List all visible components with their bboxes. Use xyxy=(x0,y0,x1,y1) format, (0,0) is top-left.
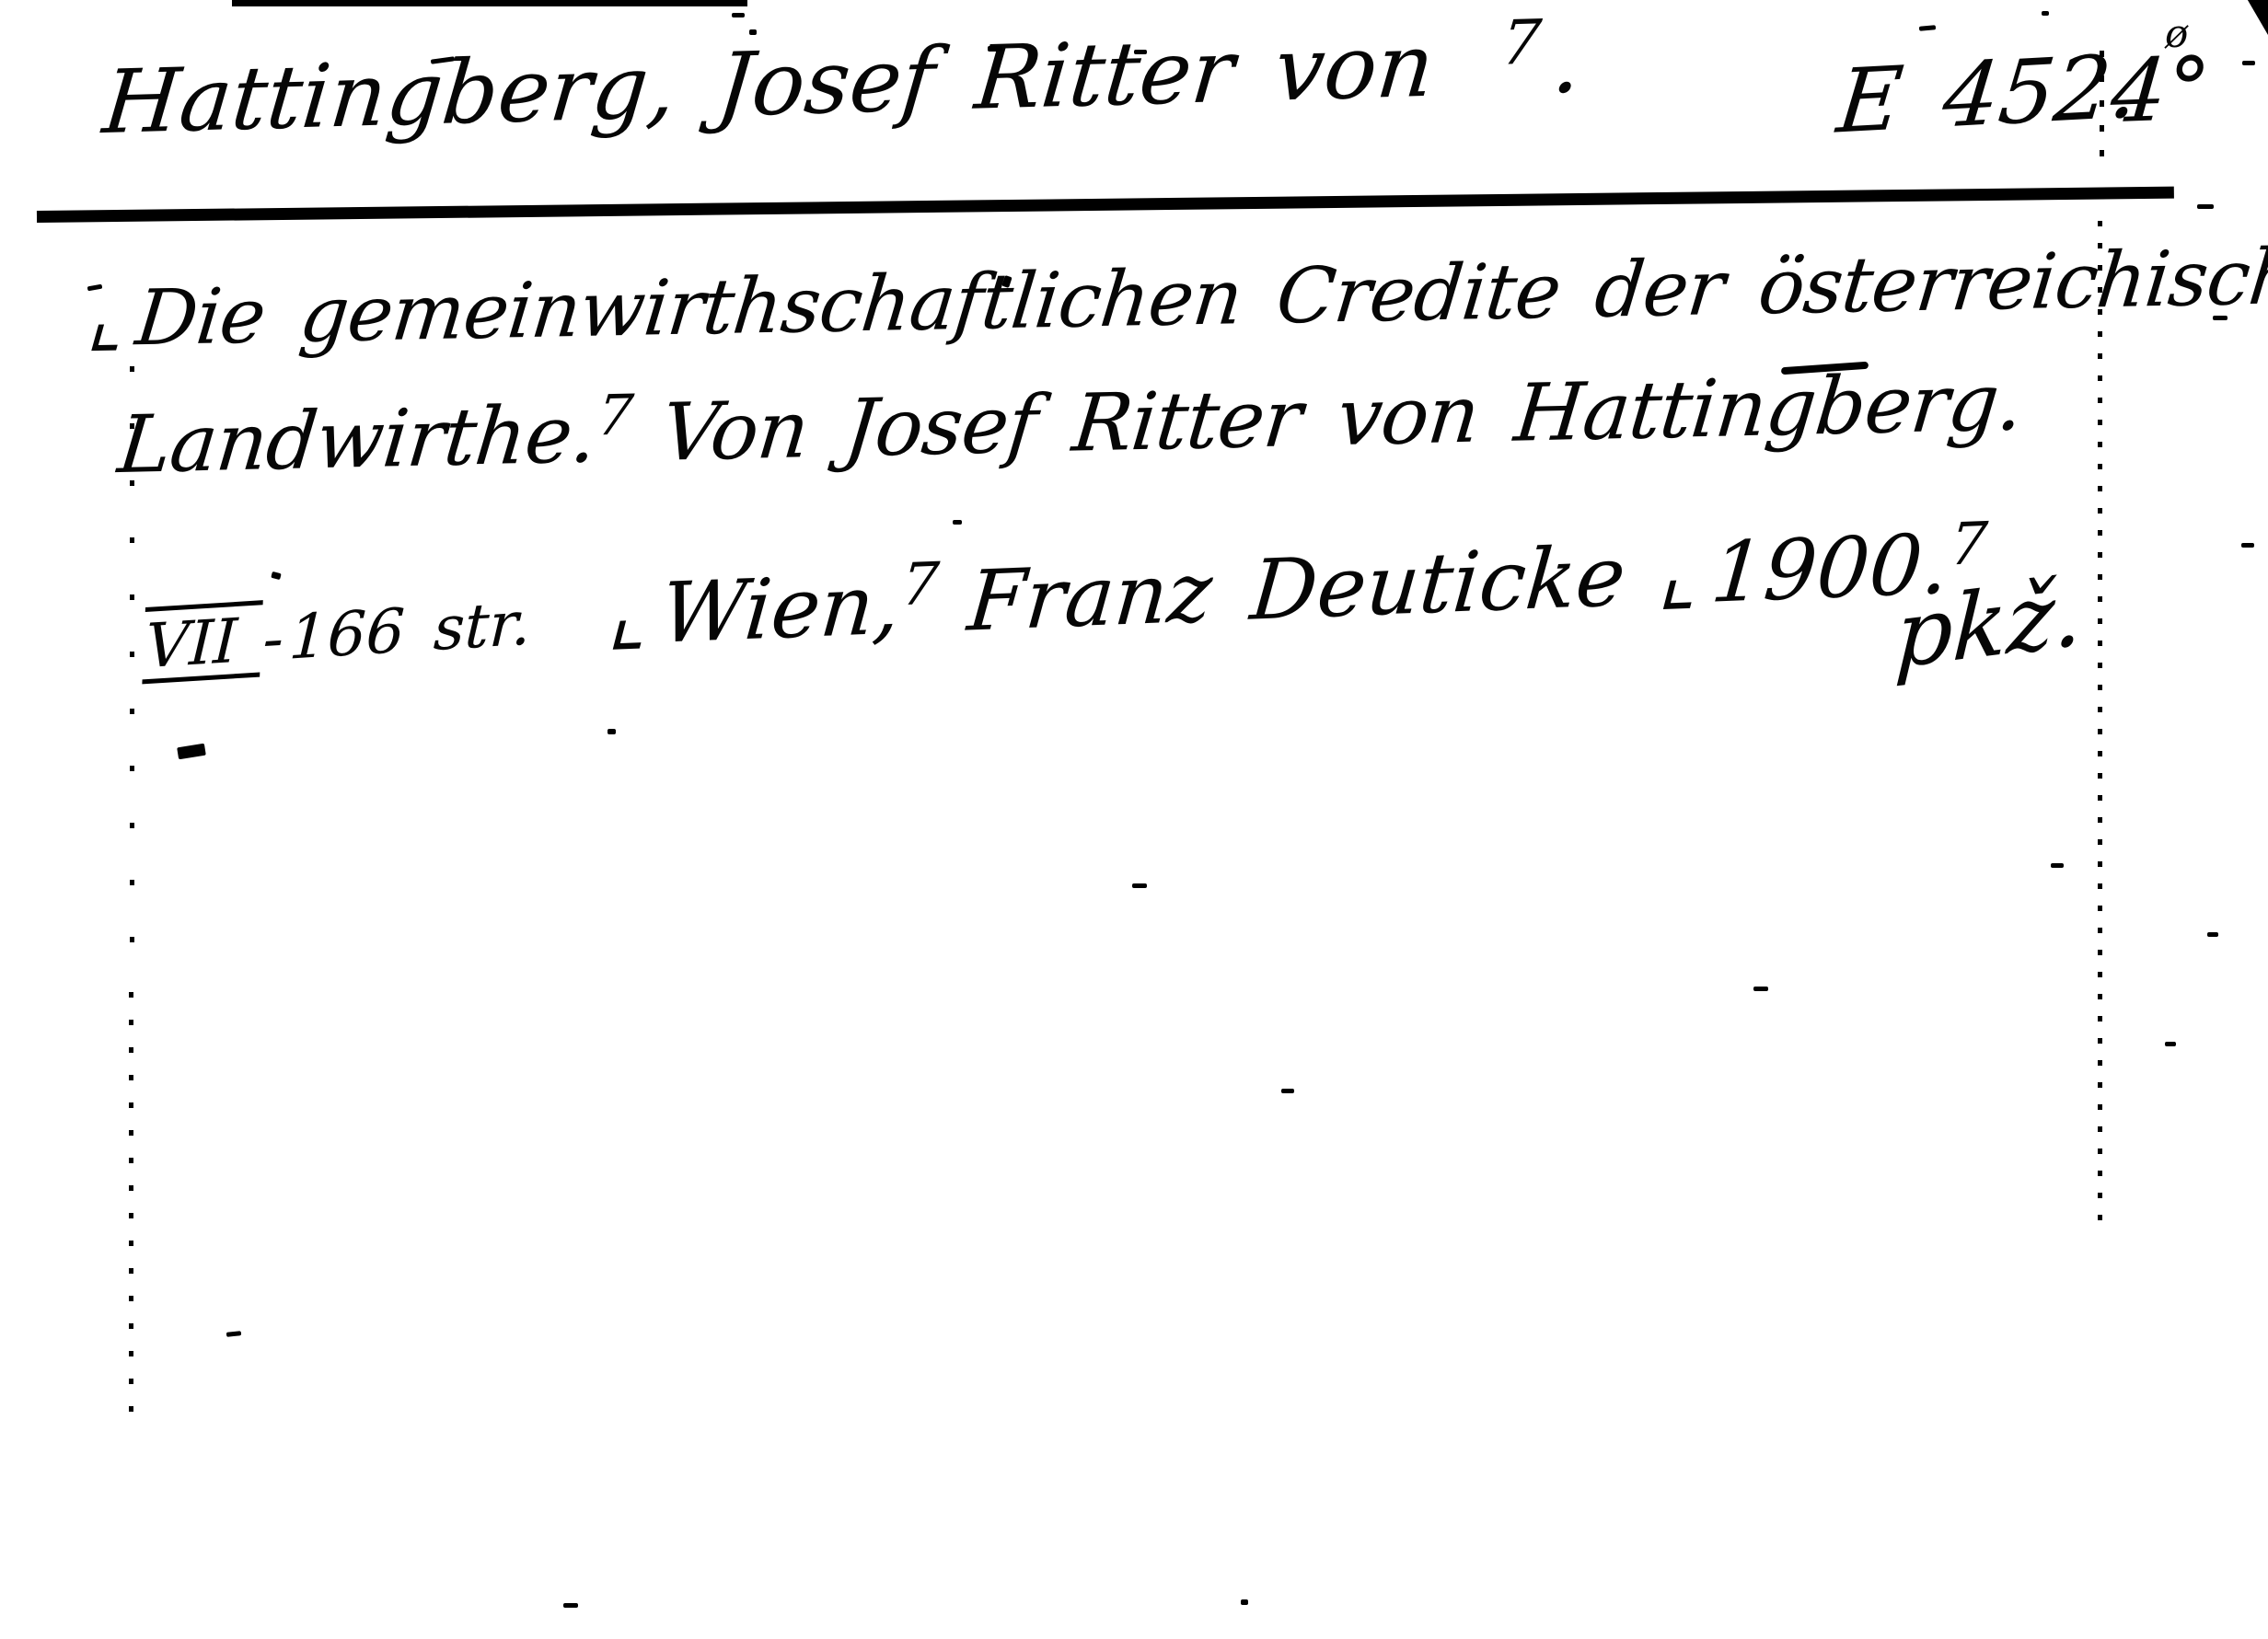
scan-speck xyxy=(1132,883,1147,888)
scan-speck xyxy=(226,1331,241,1337)
scan-speck xyxy=(749,29,757,35)
collation-line: VII-166 str. xyxy=(142,583,532,684)
collation-dash: - xyxy=(261,603,285,675)
left-dotted-rule xyxy=(130,366,134,992)
scan-speck xyxy=(177,744,206,760)
scan-artifact-top-line xyxy=(232,0,747,6)
volume-roman-numeral: VII xyxy=(142,600,262,684)
scan-speck xyxy=(1919,25,1936,31)
title-line-1: ⌞Die gemeinwirthschaftlichen Credite der… xyxy=(89,236,2268,358)
half-bracket-close-mark: 7 xyxy=(899,550,942,619)
catalog-card-scan: Hattingberg, Josef Ritter von7. E 452. ø… xyxy=(0,0,2268,1639)
title-continuation: Landwirthe. xyxy=(114,388,600,491)
scan-speck xyxy=(271,571,281,580)
scan-speck xyxy=(1241,1599,1248,1605)
scan-speck xyxy=(2165,1042,2176,1046)
scan-speck xyxy=(563,1603,578,1608)
half-bracket-close-mark: 7 xyxy=(1498,6,1545,78)
title-text: Die gemeinwirthschaftlichen Credite der … xyxy=(132,230,2268,363)
scan-speck xyxy=(2197,204,2214,209)
scan-speck xyxy=(607,729,616,734)
title-line-2: Landwirthe.7Von Josef Ritter von Hatting… xyxy=(115,356,2027,485)
imprint-place: Wien, xyxy=(657,556,904,662)
heading-period: . xyxy=(1548,11,1586,113)
holding-code: pkž. xyxy=(1893,568,2086,682)
header-rule xyxy=(37,187,2174,223)
scan-artifact-corner xyxy=(2244,0,2268,35)
scan-speck xyxy=(2042,11,2049,16)
scan-speck xyxy=(2242,61,2255,65)
scan-speck xyxy=(1281,1089,1294,1093)
heading-row: Hattingberg, Josef Ritter von7. xyxy=(99,10,1586,147)
half-bracket-open-mark: ⌞ xyxy=(83,279,140,358)
half-bracket-close-mark: 7 xyxy=(1948,510,1990,579)
scan-speck xyxy=(953,520,962,525)
pages-statement: 166 str. xyxy=(287,587,532,673)
half-bracket-open-mark: ⌞ xyxy=(1654,530,1716,617)
right-dotted-rule xyxy=(2098,221,2102,1230)
scan-speck xyxy=(2207,932,2218,937)
scan-speck xyxy=(1134,50,1147,54)
imprint-publisher: Franz Deuticke xyxy=(965,528,1629,651)
half-bracket-open-mark: ⌞ xyxy=(604,571,665,657)
left-dotted-rule xyxy=(129,992,133,1417)
scan-speck xyxy=(732,13,745,17)
scan-speck xyxy=(988,46,1002,52)
heading-author: Hattingberg, Josef Ritter von xyxy=(98,16,1438,155)
imprint-line: ⌞Wien,7Franz Deuticke ⌞1900.7 xyxy=(611,514,1990,658)
scan-speck xyxy=(2213,316,2227,320)
scan-speck xyxy=(2051,863,2064,868)
half-bracket-close-mark: 7 xyxy=(595,383,636,448)
right-dotted-rule xyxy=(2100,51,2104,163)
call-number: E 452. xyxy=(1834,43,2143,147)
scan-speck xyxy=(1753,987,1768,991)
statement-of-responsibility: Von Josef Ritter von Hattingberg. xyxy=(657,356,2026,479)
format-designation: 4° xyxy=(2108,46,2214,136)
scan-speck xyxy=(2241,543,2254,548)
